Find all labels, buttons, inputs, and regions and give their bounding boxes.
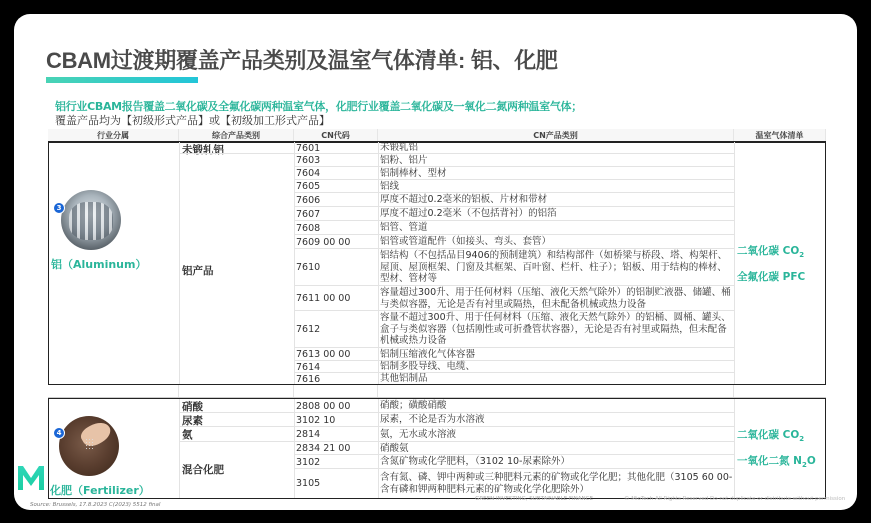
fertilizer-image bbox=[59, 416, 119, 476]
cn-desc: 含有氮、磷、钾中两种或三种肥料元素的矿物或化学化肥；其他化肥（3105 60 0… bbox=[378, 469, 734, 498]
cn-code: 3102 10 bbox=[294, 413, 335, 427]
page-title: CBAM过渡期覆盖产品类别及温室气体清单: 铝、化肥 bbox=[46, 44, 558, 75]
badge-4: 4 bbox=[53, 427, 65, 439]
footer-tagline: GREEN INVESTING, SUBTAINABLE FINANCE bbox=[469, 496, 599, 503]
gas-pfc: 全氟化碳 PFC bbox=[737, 269, 805, 284]
cn-code: 7605 bbox=[294, 180, 320, 193]
table-row: 7609 00 00 铝管或管道配件（如接头、弯头、套管） bbox=[294, 235, 735, 249]
cn-code: 2814 bbox=[294, 427, 320, 442]
aluminum-section: 3 铝（Aluminum） 未锻轧铝 铝产品 7601 未锻轧铝 7603 铝粉… bbox=[48, 141, 826, 385]
table-row: 7608 铝管、管道 bbox=[294, 221, 735, 235]
cn-code: 3102 bbox=[294, 455, 320, 469]
gas-co2-aluminum: 二氧化碳 CO2 bbox=[737, 243, 804, 259]
cn-code: 2834 21 00 bbox=[294, 442, 350, 455]
table-row: 7604 铝制棒材、型材 bbox=[294, 167, 735, 180]
table-row: 7611 00 00 容量超过300升、用于任何材料（压缩、液化天然气除外）的铝… bbox=[294, 286, 735, 311]
cn-code: 7606 bbox=[294, 193, 320, 207]
category-ammonia: 氨 bbox=[181, 427, 193, 442]
category-aluminum-products: 铝产品 bbox=[181, 263, 214, 278]
cn-desc: 铝管或管道配件（如接头、弯头、套管） bbox=[378, 235, 734, 249]
cn-code: 7608 bbox=[294, 221, 320, 235]
table-row: 7612 容量不超过300升、用于任何材料（压缩、液化天然气除外）的铝桶、圆桶、… bbox=[294, 311, 735, 348]
cn-desc: 厚度不超过0.2毫米的铝板、片材和带材 bbox=[378, 193, 734, 207]
col-divider bbox=[179, 142, 180, 384]
cn-code: 7607 bbox=[294, 207, 320, 221]
table-row: 7603 铝粉、铝片 bbox=[294, 154, 735, 167]
cn-desc: 氨，无水或水溶液 bbox=[378, 427, 734, 442]
category-divider bbox=[179, 142, 294, 154]
fertilizer-section: 4 化肥（Fertilizer） 硝酸 尿素 氨 混合化肥 2808 00 00… bbox=[48, 398, 826, 499]
cn-desc: 铝粉、铝片 bbox=[378, 154, 734, 167]
cn-code: 3105 bbox=[294, 469, 320, 498]
table-row: 2814 氨，无水或水溶液 bbox=[294, 427, 735, 442]
cn-desc: 含氮矿物或化学肥料，（3102 10-尿素除外） bbox=[378, 455, 734, 469]
category-mixed-fertilizer: 混合化肥 bbox=[181, 462, 224, 477]
cn-code: 7610 bbox=[294, 249, 320, 286]
gas-n2o: 一氧化二氮 N2O bbox=[737, 453, 816, 469]
table-row: 3102 10 尿素，不论是否为水溶液 bbox=[294, 413, 735, 427]
table-row: 7613 00 00 铝制压缩液化气体容器 bbox=[294, 348, 735, 361]
slide: CBAM过渡期覆盖产品类别及温室气体清单: 铝、化肥 铝行业CBAM报告覆盖二氧… bbox=[14, 14, 857, 510]
cn-code: 7613 00 00 bbox=[294, 348, 350, 361]
cn-desc: 未锻轧铝 bbox=[378, 142, 734, 154]
cn-code: 7616 bbox=[294, 373, 320, 385]
category-urea: 尿素 bbox=[181, 413, 203, 428]
category-nitric-acid: 硝酸 bbox=[181, 399, 203, 414]
title-underline bbox=[46, 77, 198, 83]
category-cell: 尿素 bbox=[179, 413, 294, 427]
source-note: Source: Brussels, 17.8.2023 C(2023) 5512… bbox=[30, 502, 160, 508]
table-row: 7614 铝制多股导线、电缆、 bbox=[294, 361, 735, 373]
cn-desc: 铝制压缩液化气体容器 bbox=[378, 348, 734, 361]
badge-3: 3 bbox=[53, 202, 65, 214]
gas-co2-fertilizer: 二氧化碳 CO2 bbox=[737, 427, 804, 443]
category-cell: 氨 bbox=[179, 427, 294, 442]
cn-desc: 铝线 bbox=[378, 180, 734, 193]
cn-desc: 硝酸；磺酸硝酸 bbox=[378, 399, 734, 413]
table-row: 3102 含氮矿物或化学肥料，（3102 10-尿素除外） bbox=[294, 455, 735, 469]
aluminum-image bbox=[61, 190, 121, 250]
cn-desc: 其他铝制品 bbox=[378, 373, 734, 385]
cn-desc: 铝结构（不包括品目9406的预制建筑）和结构部件（如桥梁与桥段、塔、构架杆、屋顶… bbox=[378, 249, 734, 286]
cn-desc: 容量超过300升、用于任何材料（压缩、液化天然气除外）的铝制贮液器、储罐、桶与类… bbox=[378, 286, 734, 311]
table-row: 2808 00 00 硝酸；磺酸硝酸 bbox=[294, 399, 735, 413]
cn-code: 7604 bbox=[294, 167, 320, 180]
cn-desc: 硝酸氨 bbox=[378, 442, 734, 455]
cn-code: 7603 bbox=[294, 154, 320, 167]
miotech-logo-icon bbox=[16, 462, 46, 492]
table-row: 2834 21 00 硝酸氨 bbox=[294, 442, 735, 455]
cn-code: 7614 bbox=[294, 361, 320, 373]
cn-code: 7611 00 00 bbox=[294, 286, 350, 311]
table-row: 7606 厚度不超过0.2毫米的铝板、片材和带材 bbox=[294, 193, 735, 207]
cn-desc: 容量不超过300升、用于任何材料（压缩、液化天然气除外）的铝桶、圆桶、罐头、盒子… bbox=[378, 311, 734, 348]
cn-desc: 铝制棒材、型材 bbox=[378, 167, 734, 180]
industry-fertilizer: 化肥（Fertilizer） bbox=[50, 482, 150, 498]
cn-desc: 尿素，不论是否为水溶液 bbox=[378, 413, 734, 427]
table-row: 7610 铝结构（不包括品目9406的预制建筑）和结构部件（如桥梁与桥段、塔、构… bbox=[294, 249, 735, 286]
cn-desc: 铝管、管道 bbox=[378, 221, 734, 235]
section-spacer bbox=[48, 385, 826, 398]
table-row: 3105 含有氮、磷、钾中两种或三种肥料元素的矿物或化学化肥；其他化肥（3105… bbox=[294, 469, 735, 498]
cn-desc: 厚度不超过0.2毫米（不包括背衬）的铝箔 bbox=[378, 207, 734, 221]
cn-code: 7609 00 00 bbox=[294, 235, 350, 249]
industry-aluminum: 铝（Aluminum） bbox=[51, 256, 146, 272]
footer-copyright: © MioTech All Rights Reserved Do not dup… bbox=[624, 496, 845, 502]
table-row: 7601 未锻轧铝 bbox=[294, 142, 735, 154]
table-row: 7616 其他铝制品 bbox=[294, 373, 735, 385]
cn-desc: 铝制多股导线、电缆、 bbox=[378, 361, 734, 373]
intro-text: 覆盖产品均为【初级形式产品】或【初级加工形式产品】 bbox=[55, 112, 330, 128]
cn-code: 7612 bbox=[294, 311, 320, 348]
cn-code: 2808 00 00 bbox=[294, 399, 350, 413]
table-row: 7607 厚度不超过0.2毫米（不包括背衬）的铝箔 bbox=[294, 207, 735, 221]
table-row: 7605 铝线 bbox=[294, 180, 735, 193]
category-cell: 硝酸 bbox=[179, 399, 294, 413]
cn-code: 7601 bbox=[294, 142, 320, 154]
